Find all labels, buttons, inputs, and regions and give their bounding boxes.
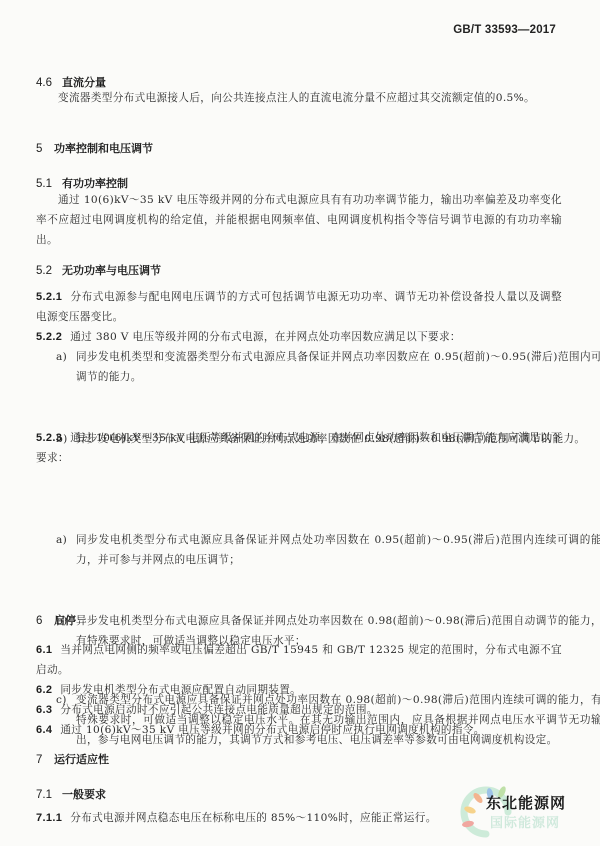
clause-5-2-1: 5.2.1分布式电源参与配电网电压调节的方式可包括调节电源无功功率、调节无功补偿…	[36, 287, 562, 327]
clause-6-4: 6.4通过 10(6)kV～35 kV 电压等级并网的分布式电源启停时应执行电网…	[36, 720, 562, 740]
clause-6-3: 6.3分布式电源启动时不应引起公共连接点电能质量超出规定的范围。	[36, 700, 562, 720]
heading-5: 5功率控制和电压调节	[36, 140, 562, 156]
watermark-line2: 国际能源网	[490, 812, 560, 831]
clause-6-1: 6.1当并网点电网侧的频率或电压偏差超出 GB/T 15945 和 GB/T 1…	[36, 640, 562, 680]
paragraph-4-6: 变流器类型分布式电源接人后，向公共连接点注人的直流电流分量不应超过其交流额定值的…	[36, 88, 562, 108]
heading-7: 7运行适应性	[36, 751, 562, 767]
standard-id-header: GB/T 33593—2017	[453, 24, 556, 36]
clause-5-2-2: 5.2.2通过 380 V 电压等级并网的分布式电源，在并网点处功率因数应满足以…	[36, 327, 562, 347]
list-item-5-2-2-a: a)同步发电机类型和变流器类型分布式电源应具备保证并网点功率因数应在 0.95(…	[36, 347, 600, 387]
heading-6: 6启停	[36, 612, 562, 628]
watermark-logo: 东北能源网 国际能源网	[456, 784, 596, 844]
clause-5-2-3: 5.2.3通过 10(6)kV～35 kV 电压等级并网的分布式电源，在并网点处…	[36, 428, 562, 468]
paragraph-5-1: 通过 10(6)kV～35 kV 电压等级并网的分布式电源应具有有功功率调节能力…	[36, 190, 562, 250]
clause-6-2: 6.2同步发电机类型分布式电源应配置自动同期装置。	[36, 680, 562, 700]
heading-5-2: 5.2无功功率与电压调节	[36, 262, 562, 278]
document-page: GB/T 33593—2017 4.6直流分量 变流器类型分布式电源接人后，向公…	[0, 0, 600, 846]
watermark-line1: 东北能源网	[486, 792, 566, 813]
heading-5-1: 5.1有功功率控制	[36, 175, 562, 191]
list-item-5-2-3-a: a)同步发电机类型分布式电源应具备保证并网点处功率因数在 0.95(超前)～0.…	[36, 530, 600, 570]
